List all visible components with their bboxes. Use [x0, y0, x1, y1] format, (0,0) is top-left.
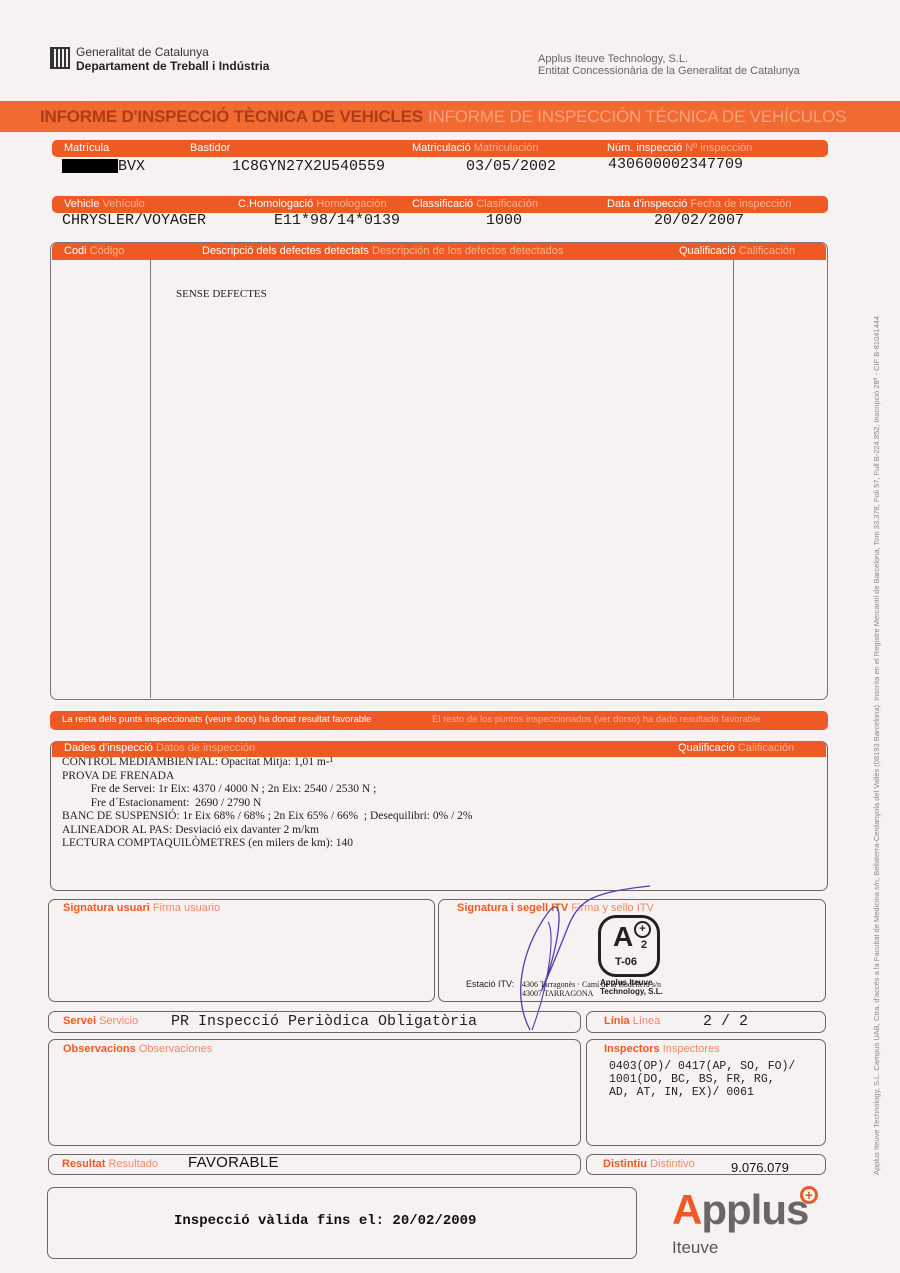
line-value: 2 / 2 [703, 1013, 748, 1030]
observations-box [48, 1039, 581, 1146]
plus-circle-icon: + [800, 1186, 818, 1204]
title-catalan: INFORME D'INSPECCIÓ TÈCNICA DE VEHICLES [40, 107, 423, 127]
label-qualificacio: Qualificació Calificación [679, 245, 795, 257]
label-result: Resultat Resultado [62, 1158, 158, 1170]
data-line: CONTROL MEDIAMBIENTAL: Opacitat Mitja: 1… [62, 756, 472, 770]
label-user-signature: Signatura usuari Firma usuario [63, 902, 220, 914]
label-codi: Codi Código [64, 245, 125, 257]
label-vehicle: Vehicle Vehículo [64, 198, 145, 210]
inspection-date: 20/02/2007 [654, 212, 744, 229]
label-num-inspeccio: Núm. inspecció Nº inspección [607, 142, 752, 154]
label-dades: Dades d'inspecció Datos de inspección [64, 742, 255, 754]
vehicle-info-header: Vehicle Vehículo C.Homologació Homologac… [52, 196, 828, 213]
label-matricula: Matrícula [64, 142, 109, 154]
department-name: Departament de Treball i Indústria [76, 59, 269, 73]
user-signature-box [48, 899, 435, 1002]
label-data-inspeccio: Data d'inspecció Fecha de inspección [607, 198, 791, 210]
rest-notice-spanish: El resto de los puntos inspeccionados (v… [432, 714, 760, 725]
label-matriculacio: Matriculació Matriculación [412, 142, 539, 154]
generalitat-logo-icon [50, 47, 70, 69]
handwritten-signature [490, 882, 690, 1032]
document-title-band: INFORME D'INSPECCIÓ TÈCNICA DE VEHICLES … [0, 101, 900, 132]
defects-header: Codi Código Descripció dels defectes det… [52, 243, 826, 260]
label-service: Servei Servicio [63, 1015, 138, 1027]
badge-value: 9.076.079 [731, 1160, 789, 1175]
label-bastidor: Bastidor [190, 142, 230, 154]
company-subtitle: Entitat Concessionària de la Generalitat… [538, 65, 800, 77]
classification-value: 1000 [486, 212, 522, 229]
label-homologacio: C.Homologació Homologación [238, 198, 387, 210]
vehicle-id-header: Matrícula Bastidor Matriculació Matricul… [52, 140, 828, 157]
inspection-number: 430600002347709 [608, 156, 743, 173]
label-line: Línia Línea [604, 1015, 660, 1027]
vin-value: 1C8GYN27X2U540559 [232, 158, 385, 175]
label-classificacio: Classificació Clasificación [412, 198, 538, 210]
homologation-code: E11*98/14*0139 [274, 212, 400, 229]
applus-logo: Applus [672, 1186, 808, 1234]
plate-suffix: BVX [118, 158, 145, 175]
data-line: ALINEADOR AL PAS: Desviació eix davanter… [62, 824, 472, 838]
company-name: Applus Iteuve Technology, S.L. [538, 53, 688, 65]
data-line: Fre d´Estacionament: 2690 / 2790 N [62, 797, 472, 811]
label-badge: Distintiu Distintivo [603, 1158, 695, 1170]
registration-date: 03/05/2002 [466, 158, 556, 175]
defects-table [50, 242, 828, 700]
vehicle-model: CHRYSLER/VOYAGER [62, 212, 206, 229]
column-divider [150, 260, 151, 698]
data-line: Fre de Servei: 1r Eix: 4370 / 4000 N ; 2… [62, 783, 472, 797]
service-value: PR Inspecció Periòdica Obligatòria [171, 1013, 477, 1030]
data-line: BANC DE SUSPENSIÓ: 1r Eix 68% / 68% ; 2n… [62, 810, 472, 824]
redacted-plate [62, 159, 118, 173]
rest-notice-band: La resta dels punts inspeccionats (veure… [50, 711, 828, 730]
defects-description: SENSE DEFECTES [176, 288, 267, 300]
inspectors-list: 0403(OP)/ 0417(AP, SO, FO)/ 1001(DO, BC,… [609, 1060, 795, 1099]
rest-notice-catalan: La resta dels punts inspeccionats (veure… [62, 714, 371, 725]
label-descripcio: Descripció dels defectes detectats Descr… [202, 245, 563, 257]
label-inspectors: Inspectors Inspectores [604, 1043, 720, 1055]
label-observations: Observacions Observaciones [63, 1043, 212, 1055]
government-name: Generalitat de Catalunya [76, 45, 209, 59]
validity-text: Inspecció vàlida fins el: 20/02/2009 [174, 1213, 476, 1229]
label-qualificacio: Qualificació Calificación [678, 742, 794, 754]
data-line: LECTURA COMPTAQUILÒMETRES (en milers de … [62, 837, 472, 851]
result-value: FAVORABLE [188, 1154, 279, 1171]
column-divider [733, 260, 734, 698]
inspection-data-lines: CONTROL MEDIAMBIENTAL: Opacitat Mitja: 1… [62, 756, 472, 851]
inspection-data-header: Dades d'inspecció Datos de inspección Qu… [52, 741, 826, 757]
data-line: PROVA DE FRENADA [62, 770, 472, 784]
side-legal-text: Applus Iteuve Technology, S.L. Campus UA… [872, 316, 881, 1175]
title-spanish: INFORME DE INSPECCIÓN TÉCNICA DE VEHÍCUL… [428, 107, 846, 127]
iteuve-label: Iteuve [672, 1238, 718, 1258]
